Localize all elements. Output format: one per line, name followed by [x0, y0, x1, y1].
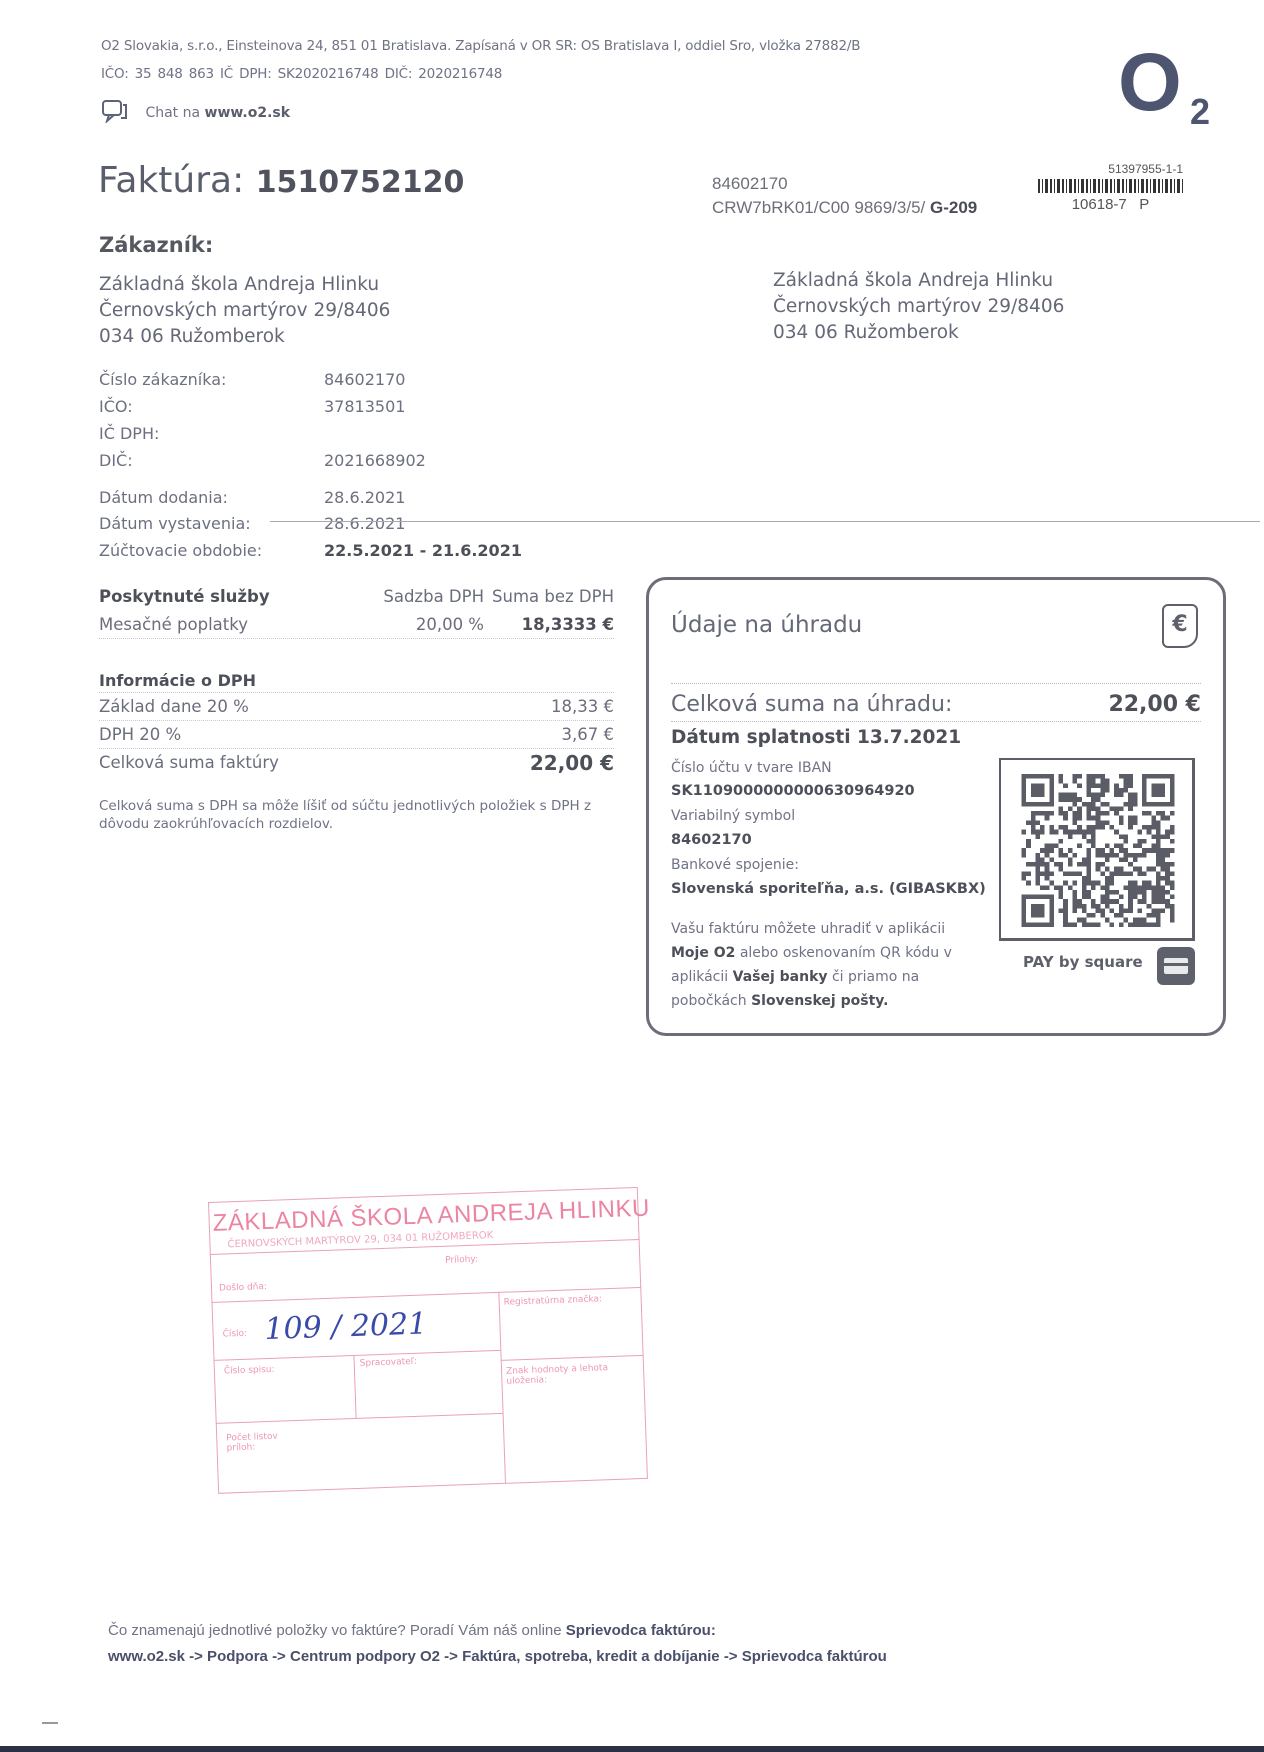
customer-details: Číslo zákazníka:84602170 IČO:37813501 IČ…: [99, 370, 699, 570]
o2-logo: O 2: [1118, 42, 1238, 132]
detail-row: Dátum dodania:28.6.2021: [99, 488, 228, 507]
divider: [671, 721, 1201, 722]
detail-row: IČO:37813501: [99, 397, 133, 416]
payment-info-text: Vašu faktúru môžete uhradiť v aplikácii …: [671, 917, 971, 1013]
footer-help: Čo znamenajú jednotlivé položky vo faktú…: [108, 1618, 887, 1670]
chat-prefix: Chat na: [145, 105, 200, 121]
iban-value: SK1109000000000630964920: [671, 783, 915, 799]
chat-bubble-icon: [101, 99, 129, 123]
table-row: Základ dane 20 % 18,33 €: [99, 693, 614, 721]
stamp-handler-label: Spracovateľ:: [360, 1357, 418, 1369]
vat-header: Informácie o DPH: [99, 667, 614, 693]
detail-row: Dátum vystavenia:28.6.2021: [99, 514, 251, 533]
divider: [671, 683, 1201, 684]
vat-table: Informácie o DPH Základ dane 20 % 18,33 …: [99, 667, 614, 781]
payment-title: Údaje na úhradu: [671, 612, 862, 638]
stamp-file-label: Číslo spisu:: [224, 1365, 275, 1377]
handwritten-number: 109 / 2021: [264, 1306, 428, 1347]
footer-navigation-path[interactable]: www.o2.sk -> Podpora -> Centrum podpory …: [108, 1648, 887, 1665]
barcode-letter: P: [1139, 196, 1149, 213]
invoice-number: 1510752120: [256, 165, 465, 200]
bank-label: Bankové spojenie:: [671, 857, 799, 873]
services-header: Poskytnuté služby Sadzba DPH Suma bez DP…: [99, 583, 614, 611]
vs-label: Variabilný symbol: [671, 808, 795, 824]
total-label: Celková suma na úhradu:: [671, 692, 952, 717]
iban-label: Číslo účtu v tvare IBAN: [671, 760, 832, 776]
services-table: Poskytnuté služby Sadzba DPH Suma bez DP…: [99, 583, 614, 639]
reference-block: 84602170 CRW7bRK01/C00 9869/3/5/ G-209: [712, 172, 977, 220]
chat-link[interactable]: Chat na www.o2.sk: [101, 99, 290, 123]
scan-edge: [0, 1746, 1264, 1752]
table-row: DPH 20 % 3,67 €: [99, 721, 614, 749]
company-ids-line: IČO: 35 848 863 IČ DPH: SK2020216748 DIČ…: [101, 66, 502, 82]
qr-code-frame: [999, 758, 1195, 941]
vs-value: 84602170: [671, 832, 752, 848]
barcode-bottom-text: 10618-7: [1072, 196, 1127, 213]
customer-heading: Zákazník:: [99, 233, 213, 257]
euro-document-icon: €: [1162, 604, 1198, 648]
reference-code: CRW7bRK01/C00 9869/3/5/ G-209: [712, 196, 977, 220]
payment-box: Údaje na úhradu € Celková suma na úhradu…: [646, 577, 1226, 1036]
qr-code-icon[interactable]: [1018, 774, 1178, 927]
detail-row: Číslo zákazníka:84602170: [99, 370, 226, 389]
chat-url[interactable]: www.o2.sk: [205, 105, 291, 121]
total-value: 22,00 €: [1108, 692, 1201, 717]
rounding-note: Celková suma s DPH sa môže líšiť od súčt…: [99, 797, 619, 833]
fold-line: [270, 521, 1260, 522]
stamp-attachments-label: Prílohy:: [445, 1255, 478, 1266]
company-info-line: O2 Slovakia, s.r.o., Einsteinova 24, 851…: [101, 38, 860, 54]
stamp-sheets-label: Počet listov príloh:: [226, 1431, 297, 1453]
registry-stamp: ZÁKLADNÁ ŠKOLA ANDREJA HLINKU ČERNOVSKÝC…: [208, 1187, 648, 1494]
reference-customer-number: 84602170: [712, 172, 977, 196]
scan-mark: [42, 1722, 58, 1724]
due-date: Dátum splatnosti 13.7.2021: [671, 727, 961, 748]
detail-row: Zúčtovacie obdobie:22.5.2021 - 21.6.2021: [99, 541, 262, 560]
barcode-icon: [1038, 179, 1183, 193]
payment-card-icon: [1157, 947, 1195, 985]
table-row: Mesačné poplatky 20,00 % 18,3333 €: [99, 611, 614, 639]
barcode-top-text: 51397955-1-1: [1038, 162, 1183, 176]
invoice-title: Faktúra: 1510752120: [98, 160, 464, 201]
stamp-received-label: Došlo dňa:: [219, 1282, 267, 1294]
detail-row: DIČ:2021668902: [99, 451, 133, 470]
pay-by-square-label: PAY by square: [1023, 953, 1143, 971]
mailing-address: Základná škola Andreja Hlinku Černovskýc…: [773, 268, 1064, 346]
customer-address: Základná škola Andreja Hlinku Černovskýc…: [99, 272, 390, 350]
invoice-title-label: Faktúra:: [98, 160, 244, 201]
bank-value: Slovenská sporiteľňa, a.s. (GIBASKBX): [671, 881, 986, 897]
stamp-number-label: Číslo:: [222, 1329, 247, 1340]
table-row: Celková suma faktúry 22,00 €: [99, 749, 614, 781]
detail-row: IČ DPH:: [99, 424, 159, 443]
barcode-block: 51397955-1-1 10618-7 P: [1038, 162, 1183, 213]
